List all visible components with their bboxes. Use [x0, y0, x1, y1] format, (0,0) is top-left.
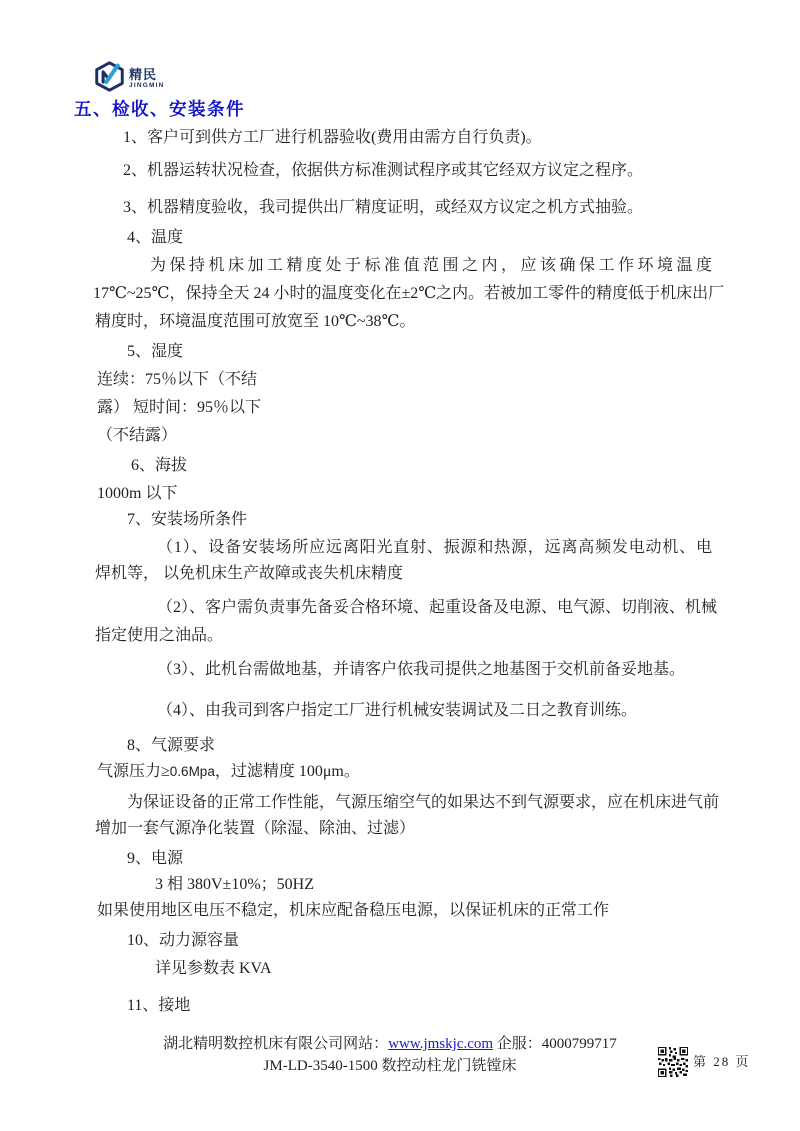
doc-line: 9、电源 [127, 847, 183, 871]
doc-line: （不结露） [97, 424, 177, 448]
hexagon-m-logo-icon [94, 61, 125, 97]
doc-line: 5、湿度 [127, 340, 183, 364]
air-pressure-suffix: ，过滤精度 100μm。 [215, 763, 360, 780]
doc-line: 为保证设备的正常工作性能，气源压缩空气的如果达不到气源要求，应在机床进气前 [127, 791, 719, 815]
doc-line: 焊机等， 以免机床生产故障或丧失机床精度 [95, 562, 403, 586]
page-title: 五、检收、安装条件 [74, 96, 245, 121]
doc-line: 11、接地 [127, 994, 190, 1018]
footer-website-link[interactable]: www.jmskjc.com [388, 1036, 493, 1052]
brand-logo: 精民 JINGMIN [94, 61, 165, 97]
doc-line: （4）、由我司到客户指定工厂进行机械安装调试及二日之教育训练。 [157, 699, 637, 723]
doc-line: 4、温度 [127, 226, 183, 250]
doc-line: 增加一套气源净化装置（除湿、除油、过滤） [95, 817, 415, 841]
doc-line: 6、海拔 [131, 454, 187, 478]
document-page: 精民 JINGMIN 五、检收、安装条件 1、客户可到供方工厂进行机器验收(费用… [0, 0, 800, 1131]
page-number: 第 28 页 [693, 1051, 751, 1070]
air-pressure-line: 气源压力≥0.6Mpa，过滤精度 100μm。 [97, 760, 360, 784]
doc-line: 3 相 380V±10%；50HZ [155, 873, 314, 897]
air-pressure-value: 0.6Mpa [170, 764, 215, 779]
doc-line: 10、动力源容量 [127, 929, 239, 953]
doc-line: 2、机器运转状况检查，依据供方标准测试程序或其它经双方议定之程序。 [123, 159, 643, 183]
doc-line: 如果使用地区电压不稳定，机床应配备稳压电源，以保证机床的正常工作 [97, 899, 609, 923]
doc-line: 精度时，环境温度范围可放宽至 10℃~38℃。 [95, 310, 415, 334]
doc-line: 17℃~25℃，保持全天 24 小时的温度变化在±2℃之内。若被加工零件的精度低… [93, 282, 724, 306]
air-pressure-prefix: 气源压力≥ [97, 763, 170, 780]
doc-line: 8、气源要求 [127, 734, 215, 758]
doc-line: 3、机器精度验收，我司提供出厂精度证明，或经双方议定之机方式抽验。 [123, 196, 643, 220]
doc-line: 1000m 以下 [97, 482, 177, 506]
footer-service-text: 企服：4000799717 [493, 1036, 617, 1052]
qr-code [658, 1047, 688, 1082]
doc-line: 指定使用之油品。 [95, 624, 223, 648]
brand-name-cn: 精民 [129, 68, 165, 81]
doc-line: 露） 短时间：95％以下 [97, 396, 261, 420]
doc-line: 详见参数表 KVA [155, 957, 272, 981]
doc-line: 连续：75％以下（不结 [97, 368, 257, 392]
brand-name: 精民 JINGMIN [129, 68, 165, 90]
doc-line: 7、安装场所条件 [127, 508, 247, 532]
doc-line: 1、客户可到供方工厂进行机器验收(费用由需方自行负责)。 [123, 126, 542, 150]
doc-line: （3）、此机台需做地基，并请客户依我司提供之地基图于交机前备妥地基。 [157, 658, 685, 682]
footer-company-text: 湖北精明数控机床有限公司网站： [163, 1036, 388, 1052]
doc-line: （2）、客户需负责事先备妥合格环境、起重设备及电源、电气源、切削液、机械 [157, 596, 717, 620]
doc-line: 为保持机床加工精度处于标准值范围之内，应该确保工作环境温度 [150, 254, 712, 278]
doc-line: （1）、设备安装场所应远离阳光直射、振源和热源，远离高频发电动机、电 [157, 536, 712, 560]
brand-name-en: JINGMIN [129, 83, 165, 90]
